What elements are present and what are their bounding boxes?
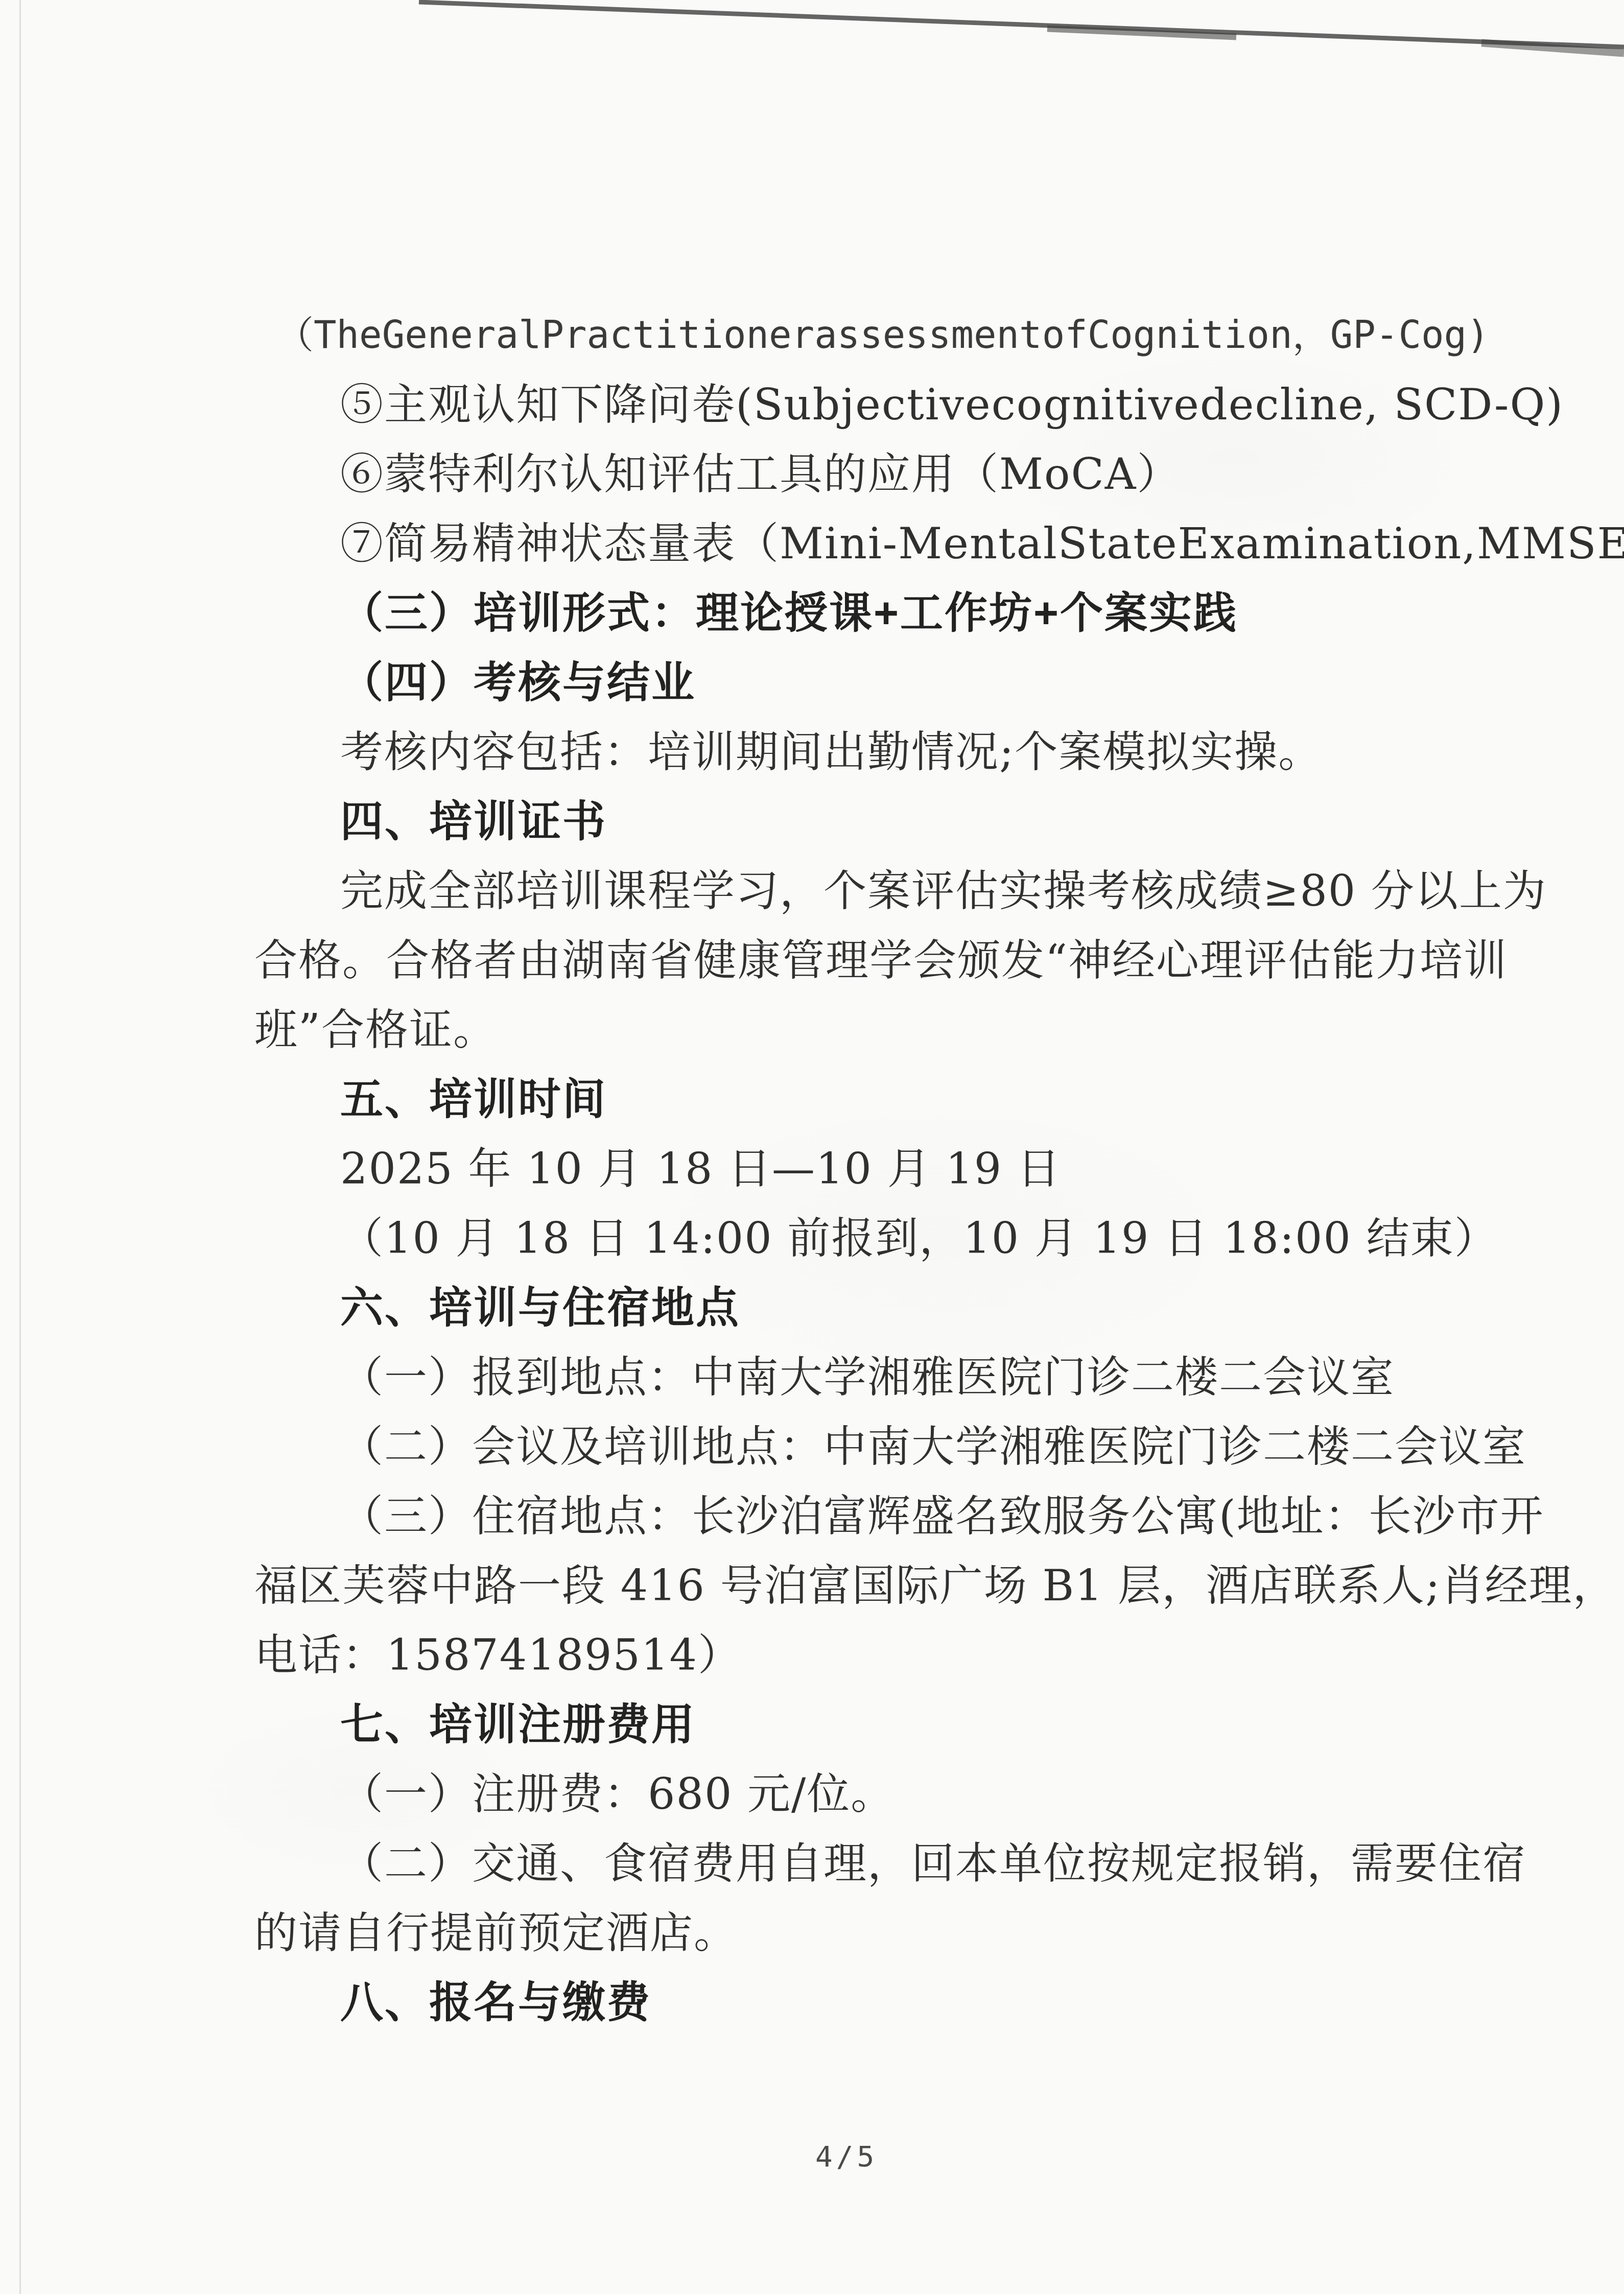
page-number: 4/5	[815, 2140, 878, 2173]
line-certificate-1: 完成全部培训课程学习，个案评估实操考核成绩≥80 分以上为	[254, 856, 1511, 926]
line-accommodation-1: （三）住宿地点：长沙泊富辉盛名致服务公寓(地址：长沙市开	[254, 1481, 1511, 1551]
line-travel-expenses-2: 的请自行提前预定酒店。	[254, 1898, 1511, 1968]
heading-signup-payment: 八、报名与缴费	[254, 1968, 1511, 2037]
line-accommodation-phone: 电话：15874189514）	[254, 1620, 1511, 1690]
line-certificate-2: 合格。合格者由湖南省健康管理学会颁发“神经心理评估能力培训	[254, 926, 1511, 995]
line-meeting-place: （二）会议及培训地点：中南大学湘雅医院门诊二楼二会议室	[254, 1412, 1511, 1481]
line-assessment-content: 考核内容包括：培训期间出勤情况;个案模拟实操。	[254, 717, 1511, 787]
heading-fees: 七、培训注册费用	[254, 1690, 1511, 1759]
scan-edge-artifact-line	[0, 0, 1624, 102]
heading-assessment: （四）考核与结业	[254, 648, 1511, 717]
line-item5-scdq: ⑤主观认知下降问卷(Subjectivecognitivedecline, SC…	[254, 370, 1511, 439]
heading-training-time: 五、培训时间	[254, 1065, 1511, 1134]
line-checkin-times: （10 月 18 日 14:00 前报到，10 月 19 日 18:00 结束）	[254, 1203, 1511, 1273]
scanned-document-page: （TheGeneralPractitionerassessmentofCogni…	[0, 0, 1624, 2294]
line-accommodation-2: 福区芙蓉中路一段 416 号泊富国际广场 B1 层，酒店联系人;肖经理，	[254, 1551, 1511, 1620]
line-registration-fee: （一）注册费：680 元/位。	[254, 1759, 1511, 1829]
line-certificate-3: 班”合格证。	[254, 995, 1511, 1065]
line-registration-place: （一）报到地点：中南大学湘雅医院门诊二楼二会议室	[254, 1342, 1511, 1412]
heading-training-format: （三）培训形式：理论授课+工作坊+个案实践	[254, 578, 1511, 648]
line-item7-mmse: ⑦简易精神状态量表（Mini-MentalStateExamination,MM…	[254, 509, 1511, 578]
heading-location: 六、培训与住宿地点	[254, 1273, 1511, 1342]
heading-certificate: 四、培训证书	[254, 787, 1511, 856]
scan-left-edge-line	[19, 0, 21, 2294]
line-item6-moca: ⑥蒙特利尔认知评估工具的应用（MoCA）	[254, 439, 1511, 509]
line-training-dates: 2025 年 10 月 18 日—10 月 19 日	[254, 1134, 1511, 1203]
document-body: （TheGeneralPractitionerassessmentofCogni…	[254, 300, 1511, 2037]
line-gpcog-english: （TheGeneralPractitionerassessmentofCogni…	[254, 300, 1511, 370]
line-travel-expenses-1: （二）交通、食宿费用自理，回本单位按规定报销，需要住宿	[254, 1829, 1511, 1898]
